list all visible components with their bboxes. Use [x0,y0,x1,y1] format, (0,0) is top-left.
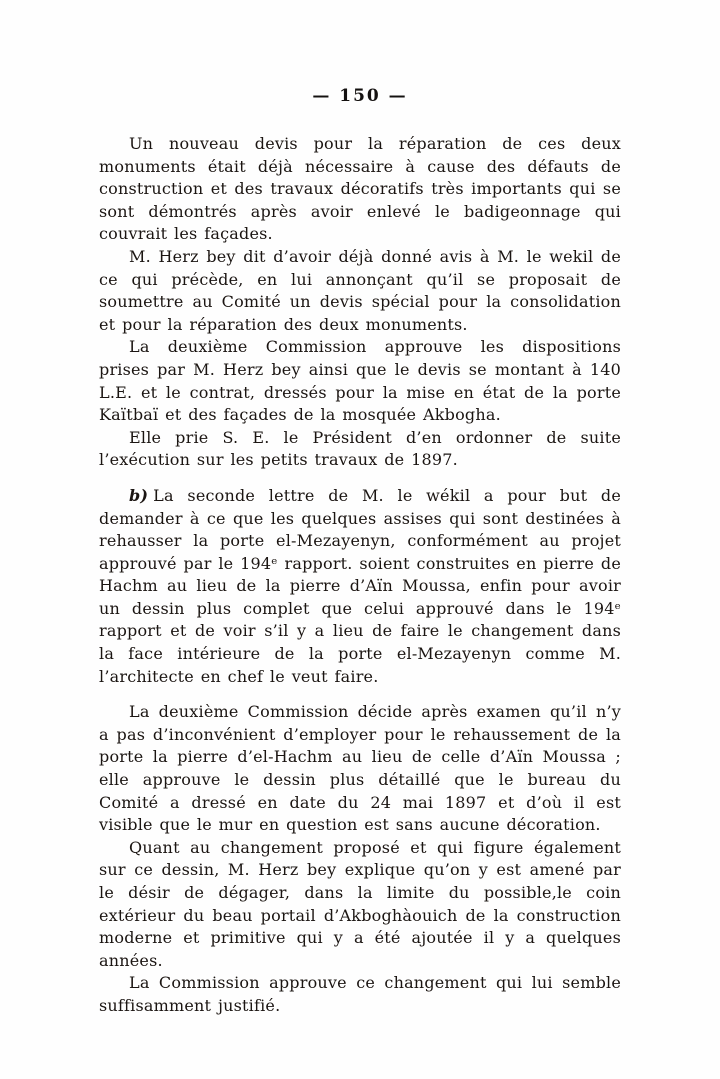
document-page: — 150 — Un nouveau devis pour la réparat… [0,0,720,1079]
paragraph-changement-propose: Quant au changement proposé et qui figur… [99,837,621,973]
paragraph-seconde-lettre-text: La seconde lettre de M. le wékil a pour … [99,486,621,686]
paragraph-new-devis: Un nouveau devis pour la réparation de c… [99,133,621,246]
paragraph-commission-approuve-changement: La Commission approuve ce changement qui… [99,972,621,1017]
paragraph-commission-approuve-devis: La deuxième Commission approuve les disp… [99,336,621,426]
page-number: — 150 — [99,86,621,106]
paragraph-prie-president: Elle prie S. E. le Président d’en ordonn… [99,427,621,472]
paragraph-herz-bey-avis: M. Herz bey dit d’avoir déjà donné avis … [99,246,621,336]
paragraph-commission-decide: La deuxième Commission décide après exam… [99,701,621,837]
text-block: — 150 — Un nouveau devis pour la réparat… [99,86,621,1018]
paragraph-seconde-lettre: b)La seconde lettre de M. le wékil a pou… [99,485,621,688]
item-marker-b: b) [129,486,148,505]
